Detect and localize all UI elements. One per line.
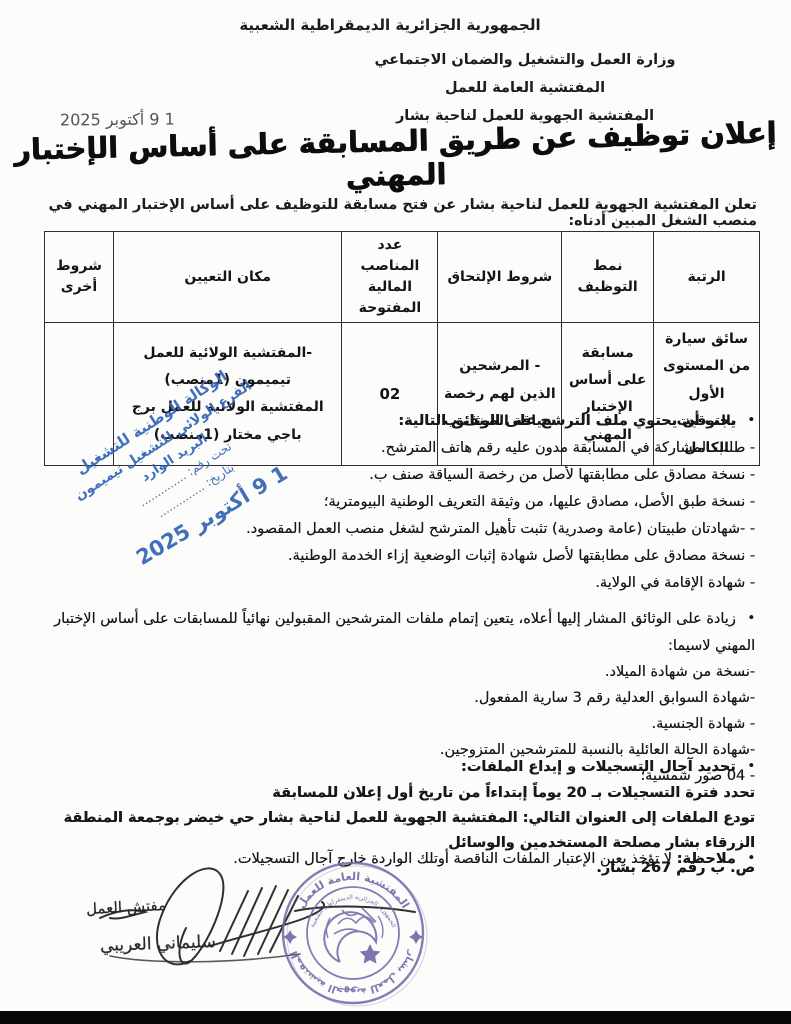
section1-heading: • يجب أن يحتوي ملف الترشح على الوثائق ال… [33,408,755,435]
republic-header: الجمهورية الجزائرية الديمقراطية الشعبية [0,16,780,34]
col-recruitment-mode: نمط التوظيف [562,232,654,323]
col-other-conditions: شروط أخرى [45,232,114,323]
svg-text:المفتشية الجهوية للعمل بشار: المفتشية الجهوية للعمل بشار [289,948,418,997]
list-item: - طلب المشاركة في المسابقة مدون عليه رقم… [33,435,755,462]
date-stamp: 1 9 أكتوبر 2025 [60,109,175,129]
registration-period-line: تحدد فترة التسجيلات بـ 20 يوماً إبتداءاً… [33,781,755,806]
stamp-bottom-arc-text: المفتشية الجهوية للعمل بشار [289,948,418,997]
section2-heading: • زيادة على الوثائق المشار إليها أعلاه، … [33,606,755,659]
bullet-icon: • [747,407,755,434]
list-item: - نسخة مصادق على مطابقتها لأصل شهادة إثب… [33,543,755,570]
col-open-positions: عدد المناصب المالية المفتوحة [342,232,438,323]
scan-artifact-bar [0,1011,791,1024]
col-eligibility: شروط الإلتحاق [438,232,562,323]
list-item: - نسخة طبق الأصل، مصادق عليها، من وثيقة … [33,489,755,516]
col-rank: الرتبة [654,232,760,323]
list-item: - شهادة الإقامة في الولاية. [33,570,755,597]
list-item: - نسخة مصادق على مطابقتها لأصل من رخصة ا… [33,462,755,489]
table-header-row: الرتبة نمط التوظيف شروط الإلتحاق عدد الم… [45,232,760,323]
list-item: - شهادة الجنسية. [33,711,755,737]
general-inspectorate-line: المفتشية العامة للعمل [260,74,790,102]
ministry-line: وزارة العمل والتشغيل والضمان الاجتماعي [260,46,790,74]
star-ornament-icon [283,930,297,944]
bullet-icon: • [747,753,755,780]
star-ornament-icon [409,930,423,944]
scanned-document-page: الجمهورية الجزائرية الديمقراطية الشعبية … [0,0,791,1024]
signature-name-handwriting: سليماني العريبي [100,932,216,956]
section3-heading: • تحديد آجال التسجيلات و إيداع الملفات: [33,754,755,781]
note-label: ملاحظة: [677,851,736,867]
list-item: -شهادة السوابق العدلية رقم 3 سارية المفع… [33,685,755,711]
bullet-icon: • [747,606,755,632]
official-round-stamp: المفتشية العامة للعمل المفتشية الجهوية ل… [278,858,428,1008]
required-documents-section: • يجب أن يحتوي ملف الترشح على الوثائق ال… [33,408,755,597]
col-assignment-place: مكان التعيين [113,232,341,323]
bullet-icon: • [747,845,755,872]
list-item: -نسخة من شهادة الميلاد. [33,659,755,685]
list-item: - -شهادتان طبيتان (عامة وصدرية) تثبت تأه… [33,516,755,543]
intro-paragraph: تعلن المفتشية الجهوية للعمل لناحية بشار … [33,197,757,229]
